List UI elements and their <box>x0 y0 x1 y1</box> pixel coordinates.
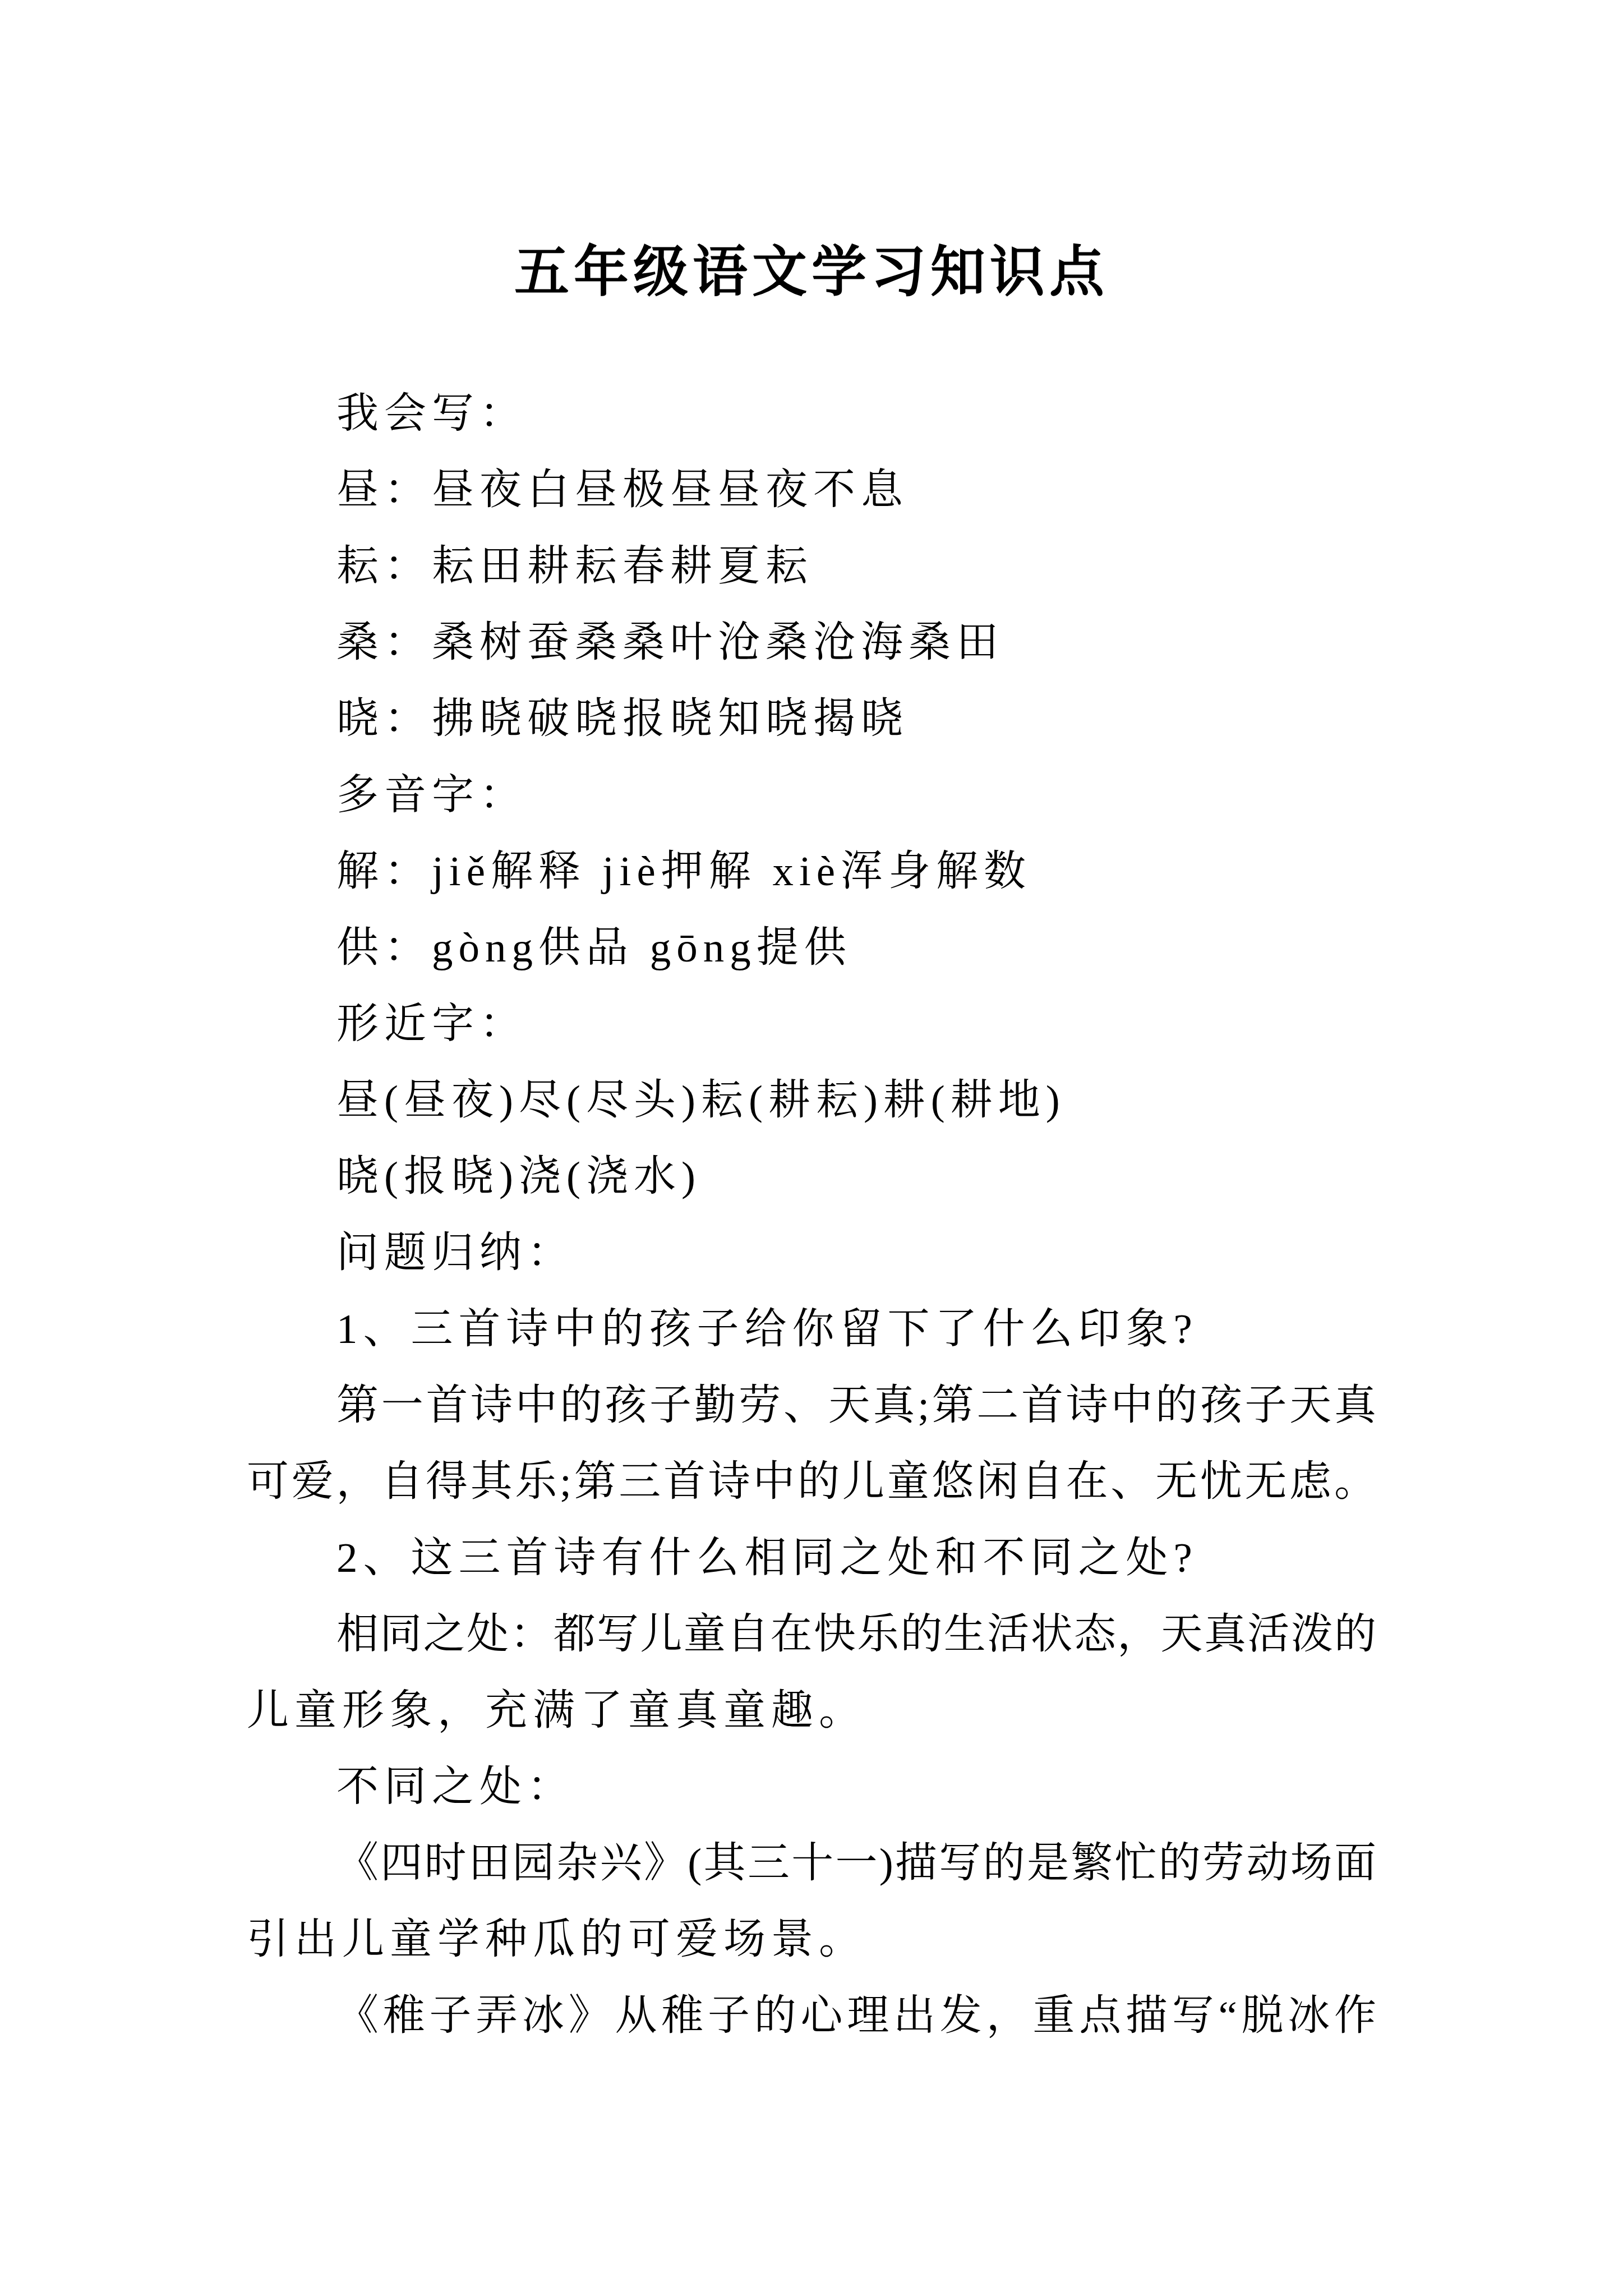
text-line: 昼：昼夜白昼极昼昼夜不息 <box>247 452 1376 528</box>
text-line: 桑：桑树蚕桑桑叶沧桑沧海桑田 <box>247 605 1376 681</box>
text-line: 多音字： <box>247 757 1376 834</box>
text-line: 解：jiě解释 jiè押解 xiè浑身解数 <box>247 834 1376 910</box>
text-line: 耘：耘田耕耘春耕夏耘 <box>247 528 1376 605</box>
text-line: 相同之处：都写儿童自在快乐的生活状态，天真活泼的 <box>247 1596 1376 1673</box>
document-body: 我会写： 昼：昼夜白昼极昼昼夜不息 耘：耘田耕耘春耕夏耘 桑：桑树蚕桑桑叶沧桑沧… <box>247 376 1376 2054</box>
text-line: 晓(报晓)浇(浇水) <box>247 1139 1376 1215</box>
text-line: 《四时田园杂兴》(其三十一)描写的是繁忙的劳动场面 <box>247 1825 1376 1902</box>
text-line: 晓：拂晓破晓报晓知晓揭晓 <box>247 681 1376 757</box>
text-line: 《稚子弄冰》从稚子的心理出发，重点描写“脱冰作 <box>247 1978 1376 2054</box>
text-line: 2、这三首诗有什么相同之处和不同之处? <box>247 1520 1376 1596</box>
text-line: 不同之处： <box>247 1749 1376 1825</box>
text-line: 第一首诗中的孩子勤劳、天真;第二首诗中的孩子天真 <box>247 1368 1376 1444</box>
text-line: 问题归纳： <box>247 1215 1376 1291</box>
text-line: 可爱，自得其乐;第三首诗中的儿童悠闲自在、无忧无虑。 <box>247 1444 1376 1520</box>
text-line: 昼(昼夜)尽(尽头)耘(耕耘)耕(耕地) <box>247 1062 1376 1139</box>
text-line: 形近字： <box>247 986 1376 1062</box>
text-line: 1、三首诗中的孩子给你留下了什么印象? <box>247 1291 1376 1368</box>
text-line: 供：gòng供品 gōng提供 <box>247 910 1376 986</box>
text-line: 引出儿童学种瓜的可爱场景。 <box>247 1902 1376 1978</box>
document-title: 五年级语文学习知识点 <box>0 236 1623 309</box>
text-line: 我会写： <box>247 376 1376 452</box>
text-line: 儿童形象，充满了童真童趣。 <box>247 1673 1376 1749</box>
document-page: 五年级语文学习知识点 我会写： 昼：昼夜白昼极昼昼夜不息 耘：耘田耕耘春耕夏耘 … <box>0 0 1623 2296</box>
